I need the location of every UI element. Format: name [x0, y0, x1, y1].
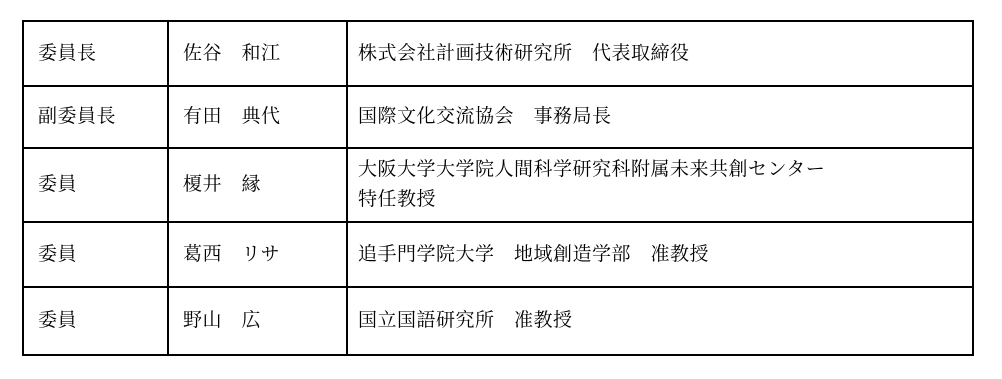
name-cell: 榎井 縁 [168, 148, 347, 222]
affiliation-cell: 国立国語研究所 准教授 [347, 287, 973, 355]
name-cell: 佐谷 和江 [168, 21, 347, 86]
table-row: 委員 野山 広 国立国語研究所 准教授 [23, 287, 973, 355]
name-cell: 有田 典代 [168, 86, 347, 148]
table-row: 委員 榎井 縁 大阪大学大学院人間科学研究科附属未来共創センター 特任教授 [23, 148, 973, 222]
name-cell: 葛西 リサ [168, 222, 347, 287]
table-row: 副委員長 有田 典代 国際文化交流協会 事務局長 [23, 86, 973, 148]
role-cell: 委員 [23, 222, 168, 287]
affiliation-cell: 大阪大学大学院人間科学研究科附属未来共創センター 特任教授 [347, 148, 973, 222]
role-cell: 委員長 [23, 21, 168, 86]
table-row: 委員 葛西 リサ 追手門学院大学 地域創造学部 准教授 [23, 222, 973, 287]
role-cell: 委員 [23, 148, 168, 222]
affiliation-cell: 国際文化交流協会 事務局長 [347, 86, 973, 148]
page: { "table": { "border_color": "#000000", … [0, 0, 1002, 379]
committee-table: 委員長 佐谷 和江 株式会社計画技術研究所 代表取締役 副委員長 有田 典代 国… [22, 20, 974, 356]
table-row: 委員長 佐谷 和江 株式会社計画技術研究所 代表取締役 [23, 21, 973, 86]
name-cell: 野山 広 [168, 287, 347, 355]
role-cell: 副委員長 [23, 86, 168, 148]
role-cell: 委員 [23, 287, 168, 355]
affiliation-cell: 追手門学院大学 地域創造学部 准教授 [347, 222, 973, 287]
affiliation-cell: 株式会社計画技術研究所 代表取締役 [347, 21, 973, 86]
